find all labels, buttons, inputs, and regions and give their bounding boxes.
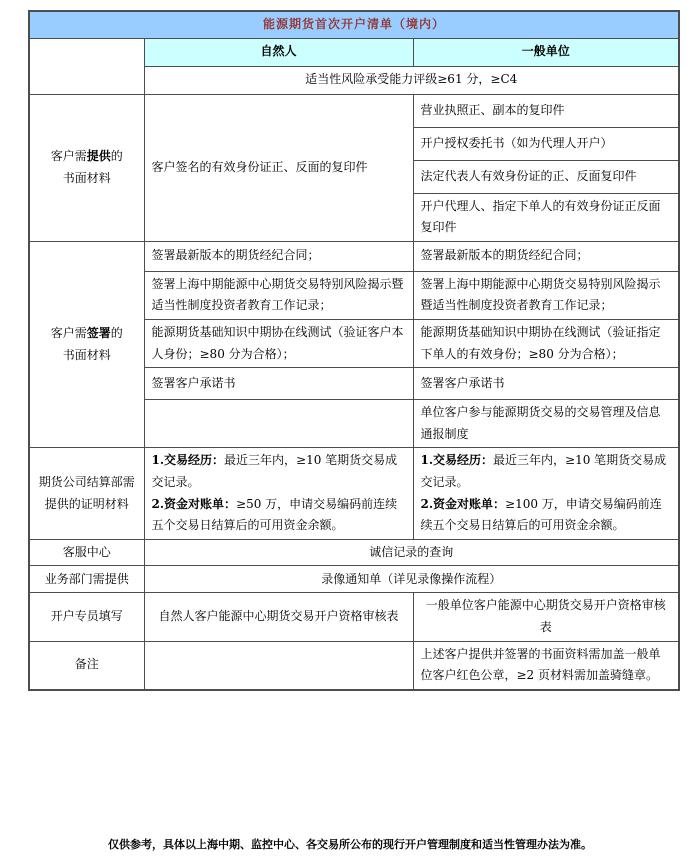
sign-natural-cell-3: 能源期货基础知识中期协在线测试（验证客户本人身份；≥80 分为合格）； [144, 319, 413, 367]
corner-empty-cell [29, 38, 144, 94]
remarks-natural-cell [144, 641, 413, 690]
suitability-requirement-cell: 适当性风险承受能力评级≥61 分，≥C4 [144, 66, 679, 94]
column-header-natural-person: 自然人 [144, 38, 413, 66]
customer-service-cell: 诚信记录的查询 [144, 539, 679, 566]
sign-unit-cell-4: 签署客户承诺书 [413, 368, 679, 400]
section-label-customer-service: 客服中心 [29, 539, 144, 566]
sign-natural-cell-1: 签署最新版本的期货经纪合同； [144, 241, 413, 271]
footer-disclaimer: 仅供参考，具体以上海中期、监控中心、各交易所公布的现行开户管理制度和适当性管理办… [0, 836, 700, 852]
specialist-unit-cell: 一般单位客户能源中心期货交易开户资格审核表 [413, 593, 679, 641]
section-label-business-department: 业务部门需提供 [29, 566, 144, 593]
sign-natural-cell-5 [144, 400, 413, 448]
provide-unit-cell-2: 开户授权委托书（如为代理人开户） [413, 127, 679, 160]
provide-unit-cell-3: 法定代表人有效身份证的正、反面复印件 [413, 160, 679, 193]
sign-natural-cell-2: 签署上海中期能源中心期货交易特别风险揭示暨适当性制度投资者教育工作记录； [144, 271, 413, 319]
business-department-cell: 录像通知单（详见录像操作流程） [144, 566, 679, 593]
sign-unit-cell-3: 能源期货基础知识中期协在线测试（验证指定下单人的有效身份；≥80 分为合格）； [413, 319, 679, 367]
sign-natural-cell-4: 签署客户承诺书 [144, 368, 413, 400]
sign-unit-cell-2: 签署上海中期能源中心期货交易特别风险揭示暨适当性制度投资者教育工作记录； [413, 271, 679, 319]
provide-unit-cell-4: 开户代理人、指定下单人的有效身份证正反面复印件 [413, 193, 679, 241]
settlement-unit-cell: 1.交易经历：最近三年内，≥10 笔期货交易成交记录。2.资金对账单：≥100 … [413, 448, 679, 539]
table-title: 能源期货首次开户清单（境内） [29, 11, 679, 38]
section-label-remarks: 备注 [29, 641, 144, 690]
section-label-provide-materials: 客户需提供的书面材料 [29, 94, 144, 241]
provide-natural-cell: 客户签名的有效身份证正、反面的复印件 [144, 94, 413, 241]
column-header-general-unit: 一般单位 [413, 38, 679, 66]
provide-unit-cell-1: 营业执照正、副本的复印件 [413, 94, 679, 127]
specialist-natural-cell: 自然人客户能源中心期货交易开户资格审核表 [144, 593, 413, 641]
section-label-settlement-proof: 期货公司结算部需提供的证明材料 [29, 448, 144, 539]
sign-unit-cell-5: 单位客户参与能源期货交易的交易管理及信息通报制度 [413, 400, 679, 448]
section-label-sign-materials: 客户需签署的书面材料 [29, 241, 144, 448]
account-opening-checklist-table: 能源期货首次开户清单（境内） 自然人 一般单位 适当性风险承受能力评级≥61 分… [28, 10, 680, 691]
document-page: 能源期货首次开户清单（境内） 自然人 一般单位 适当性风险承受能力评级≥61 分… [0, 0, 700, 867]
remarks-unit-cell: 上述客户提供并签署的书面资料需加盖一般单位客户红色公章，≥2 页材料需加盖骑缝章… [413, 641, 679, 690]
sign-unit-cell-1: 签署最新版本的期货经纪合同； [413, 241, 679, 271]
settlement-natural-cell: 1.交易经历：最近三年内，≥10 笔期货交易成交记录。2.资金对账单：≥50 万… [144, 448, 413, 539]
section-label-account-specialist: 开户专员填写 [29, 593, 144, 641]
